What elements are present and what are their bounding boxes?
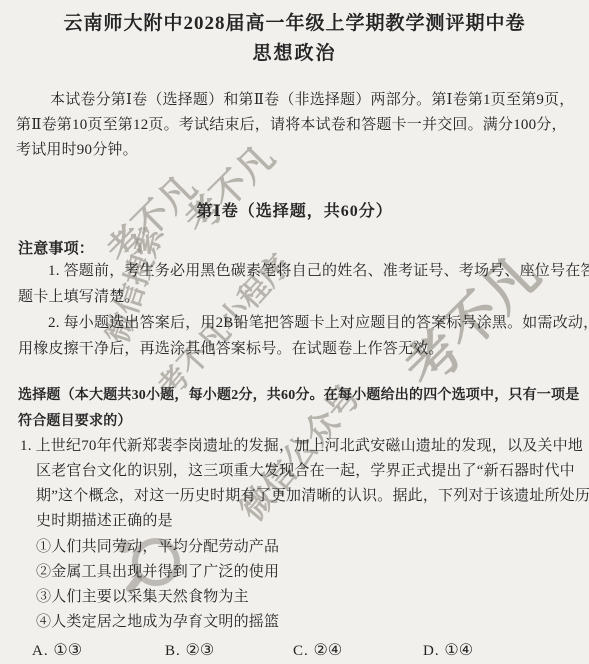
watermark-text: 考不凡	[172, 131, 284, 243]
notice-item-line: 用橡皮擦干净后，再选涂其他答案标号。在试题卷上作答无效。	[18, 339, 444, 359]
statement-3: ③人们主要以采集天然食物为主	[36, 587, 249, 607]
choice-section-intro-line: 选择题（本大题共30小题，每小题2分，共60分。在每小题给出的四个选项中，只有一…	[18, 384, 579, 404]
statement-4: ④人类定居之地成为孕育文明的摇篮	[36, 612, 279, 632]
option-d-label: D.	[423, 643, 440, 659]
statement-2: ②金属工具出现并得到了广泛的使用	[36, 562, 279, 582]
option-d-value: ①④	[444, 642, 473, 659]
option-a[interactable]: A. ①③	[32, 640, 82, 660]
section-1-heading: 第Ⅰ卷（选择题，共60分）	[0, 198, 589, 221]
option-a-label: A.	[32, 643, 49, 659]
notice-item-line: 题卡上填写清楚。	[18, 287, 140, 307]
option-d[interactable]: D. ①④	[423, 640, 473, 660]
option-a-value: ①③	[53, 642, 82, 659]
choice-section-intro-line: 符合题目要求的）	[18, 410, 132, 430]
paper-subtitle: 思想政治	[0, 38, 589, 65]
option-b[interactable]: B. ②③	[165, 640, 214, 660]
notice-item-line: 2. 每小题选出答案后，用2B铅笔把答题卡上对应题目的答案标号涂黑。如需改动，	[48, 313, 589, 333]
option-b-value: ②③	[186, 642, 215, 659]
notice-heading: 注意事项：	[18, 239, 94, 259]
intro-line: 考试用时90分钟。	[16, 140, 138, 160]
option-c-label: C.	[293, 643, 309, 659]
intro-line: 本试卷分第Ⅰ卷（选择题）和第Ⅱ卷（非选择题）两部分。第Ⅰ卷第1页至第9页，	[50, 90, 574, 110]
question-stem-line: 史时期描述正确的是	[36, 511, 173, 531]
exam-paper-page: 考不凡 考不凡 微信搜索 考不凡小程序 考不凡 微信公众号 云南师大附中2028…	[0, 0, 589, 664]
question-stem-line: 区老官台文化的识别，这三项重大发现合在一起，学界正式提出了“新石器时代中	[36, 461, 575, 481]
intro-line: 第Ⅱ卷第10页至第12页。考试结束后，请将本试卷和答题卡一并交回。满分100分，	[16, 115, 567, 135]
statement-1: ①人们共同劳动，平均分配劳动产品	[36, 537, 279, 557]
question-stem-line: 期”这个概念，对这一历史时期有了更加清晰的认识。据此，下列对于该遗址所处历	[36, 486, 589, 506]
paper-title: 云南师大附中2028届高一年级上学期教学测评期中卷	[0, 8, 589, 35]
option-b-label: B.	[165, 643, 181, 659]
notice-item-line: 1. 答题前，考生务必用黑色碳素笔将自己的姓名、准考证号、考场号、座位号在答	[48, 261, 589, 281]
option-c[interactable]: C. ②④	[293, 640, 342, 660]
question-stem-line: 1. 上世纪70年代新郑裴李岗遗址的发掘，加上河北武安磁山遗址的发现，以及关中地	[20, 436, 583, 456]
option-c-value: ②④	[314, 642, 343, 659]
